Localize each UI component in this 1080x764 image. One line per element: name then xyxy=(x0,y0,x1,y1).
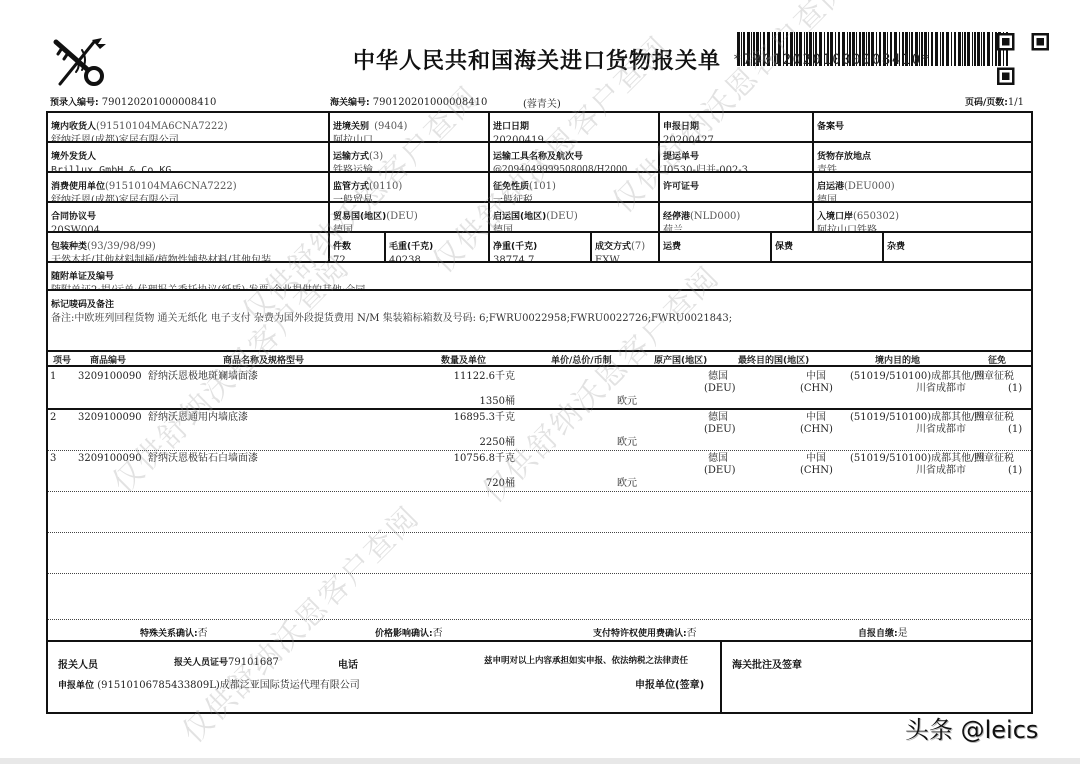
field-declare-date: 申报日期 20200427 xyxy=(660,113,814,141)
brand-watermark: 头条 @leics xyxy=(905,710,1038,745)
blank-goods-row xyxy=(48,492,1031,533)
document-title: 中华人民共和国海关进口货物报关单 xyxy=(353,44,721,75)
field-supervision: 监管方式(0110) 一般贸易 xyxy=(330,173,490,201)
field-departure-port: 启运港(DEU000) 德国 xyxy=(814,173,1031,201)
destination-code: (CHN) xyxy=(800,383,833,395)
field-entry-port: 进境关别 (9404) 阿拉山口 xyxy=(330,113,490,141)
price-influence-confirm: 价格影响确认:否 xyxy=(375,624,443,639)
customs-office: (蓉青关) xyxy=(523,95,561,110)
pre-entry-number: 预录入编号: 790120201000008410 xyxy=(50,95,216,108)
product-name: 舒纳沃恩极钻石白墙面漆 xyxy=(148,453,258,465)
field-transit-port: 经停港(NLD000) 荷兰 xyxy=(660,203,814,231)
royalty-confirm: 支付特许权使用费确认:否 xyxy=(593,624,697,639)
form-row: 随附单证及编号 随附单证2:提/运单;代理报关委托协议(纸质);发票;企业提供的… xyxy=(48,263,1031,291)
field-tax-nature: 征免性质(101) 一般征税 xyxy=(490,173,660,201)
field-storage-place: 货物存放地点 青铁 xyxy=(814,143,1031,171)
origin-country: 德国 xyxy=(708,412,728,424)
hs-code: 3209100090 xyxy=(78,371,142,383)
bottom-strip xyxy=(0,758,1080,764)
special-relation-confirm: 特殊关系确认:否 xyxy=(140,624,208,639)
footer-section: 报关人员 报关人员证号79101687 电话 兹申明对以上内容承担如实申报、依法… xyxy=(48,642,1031,712)
field-package-type: 包装种类(93/39/98/99) 天然木托/其他材料制桶/植物性铺垫材料/其他… xyxy=(48,233,330,261)
field-import-date: 进口日期 20200419 xyxy=(490,113,660,141)
quantity-kg: 11122.6千克 xyxy=(454,371,515,383)
currency: 欧元 xyxy=(617,437,637,449)
field-misc-fee: 杂费 xyxy=(884,233,1031,261)
product-name: 舒纳沃恩通用内墙底漆 xyxy=(148,412,248,424)
legal-statement: 兹申明对以上内容承担如实申报、依法纳税之法律责任 xyxy=(484,654,688,666)
field-consumer: 消费使用单位(91510104MA6CNA7222) 舒纳沃恩(成都)家居有限公… xyxy=(48,173,330,201)
customs-approval-section: 海关批注及签章 xyxy=(722,642,1031,712)
barcode-number: *790120201000008410* xyxy=(733,52,1013,68)
col-item-no: 项号 xyxy=(53,353,71,366)
goods-row: 13209100090舒纳沃恩极地斑斓墙面漆11122.6千克1350桶欧元德国… xyxy=(48,369,1031,410)
item-no: 3 xyxy=(50,453,56,465)
tax-method: 照章征税 xyxy=(974,453,1014,465)
goods-row: 23209100090舒纳沃恩通用内墙底漆16895.3千克2250桶欧元德国(… xyxy=(48,410,1031,451)
domestic-destination-city: 川省成都市 xyxy=(916,383,966,395)
field-net-weight: 净重(千克) 38774.7 xyxy=(490,233,592,261)
product-name: 舒纳沃恩极地斑斓墙面漆 xyxy=(148,371,258,383)
field-deal-mode: 成交方式(7) EXW xyxy=(592,233,660,261)
form-row: 包装种类(93/39/98/99) 天然木托/其他材料制桶/植物性铺垫材料/其他… xyxy=(48,233,1031,263)
form-row: 境外发货人 Brillux GmbH & Co.KG 运输方式(3) 铁路运输 … xyxy=(48,143,1031,173)
origin-code: (DEU) xyxy=(704,465,736,477)
origin-country: 德国 xyxy=(708,453,728,465)
declare-unit: 申报单位 (91510106785433809L)成都泛亚国际货运代理有限公司 xyxy=(58,676,360,691)
qr-code-icon xyxy=(997,33,1049,85)
tax-code: (1) xyxy=(1008,383,1022,395)
col-domestic-dest: 境内目的地 xyxy=(875,353,920,366)
col-tax: 征免 xyxy=(988,353,1006,366)
col-name: 商品名称及规格型号 xyxy=(223,353,304,366)
form-row: 消费使用单位(91510104MA6CNA7222) 舒纳沃恩(成都)家居有限公… xyxy=(48,173,1031,203)
item-no: 1 xyxy=(50,371,56,383)
form-row: 标记唛码及备注 备注:中欧班列回程货物 通关无纸化 电子支付 杂费为国外段提货费… xyxy=(48,291,1031,352)
col-destination: 最终目的国(地区) xyxy=(738,353,809,366)
field-insurance: 保费 xyxy=(772,233,884,261)
field-transport-name: 运输工具名称及航次号 @2094049999508008/H2000 xyxy=(490,143,660,171)
blank-goods-row xyxy=(48,533,1031,574)
customs-approval-label: 海关批注及签章 xyxy=(732,656,802,671)
field-record-no: 备案号 xyxy=(814,113,1031,141)
field-gross-weight: 毛重(千克) 40238 xyxy=(386,233,490,261)
destination-code: (CHN) xyxy=(800,424,833,436)
field-pieces: 件数 72 xyxy=(330,233,386,261)
origin-country: 德国 xyxy=(708,371,728,383)
field-bill-no: 提运单号 J0530-归并-002-3 xyxy=(660,143,814,171)
declarant-section: 报关人员 报关人员证号79101687 电话 兹申明对以上内容承担如实申报、依法… xyxy=(48,642,722,712)
domestic-destination: (51019/510100)成都其他/四 xyxy=(850,371,985,383)
goods-table-header: 项号 商品编号 商品名称及规格型号 数量及单位 单价/总价/币制 原产国(地区)… xyxy=(48,352,1031,367)
col-price: 单价/总价/币制 xyxy=(551,353,612,366)
form-row: 合同协议号 20SW004 贸易国(地区)(DEU) 德国 启运国(地区)(DE… xyxy=(48,203,1031,233)
tax-code: (1) xyxy=(1008,465,1022,477)
hs-code: 3209100090 xyxy=(78,412,142,424)
tax-method: 照章征税 xyxy=(974,412,1014,424)
currency: 欧元 xyxy=(617,478,637,490)
quantity-barrels: 1350桶 xyxy=(480,396,515,408)
domestic-destination-city: 川省成都市 xyxy=(916,424,966,436)
confirmation-row: 特殊关系确认:否 价格影响确认:否 支付特许权使用费确认:否 自报自缴:是 xyxy=(48,620,1031,642)
tax-code: (1) xyxy=(1008,424,1022,436)
currency: 欧元 xyxy=(617,396,637,408)
declarer-label: 报关人员 xyxy=(58,656,98,671)
destination-country: 中国 xyxy=(806,453,826,465)
origin-code: (DEU) xyxy=(704,383,736,395)
domestic-destination: (51019/510100)成都其他/四 xyxy=(850,453,985,465)
domestic-destination-city: 川省成都市 xyxy=(916,465,966,477)
phone-label: 电话 xyxy=(338,656,358,671)
customs-emblem-icon xyxy=(52,36,108,88)
goods-row: 33209100090舒纳沃恩极钻石白墙面漆10756.8千克720桶欧元德国(… xyxy=(48,451,1031,492)
destination-country: 中国 xyxy=(806,412,826,424)
form-row: 境内收货人(91510104MA6CNA7222) 舒纳沃恩(成都)家居有限公司… xyxy=(48,113,1031,143)
declaration-form: 境内收货人(91510104MA6CNA7222) 舒纳沃恩(成都)家居有限公司… xyxy=(46,111,1033,714)
field-shipper: 境外发货人 Brillux GmbH & Co.KG xyxy=(48,143,330,171)
quantity-barrels: 2250桶 xyxy=(480,437,515,449)
tax-method: 照章征税 xyxy=(974,371,1014,383)
field-trade-country: 贸易国(地区)(DEU) 德国 xyxy=(330,203,490,231)
quantity-barrels: 720桶 xyxy=(486,478,515,490)
item-no: 2 xyxy=(50,412,56,424)
page-indicator: 页码/页数:1/1 xyxy=(965,95,1024,108)
customs-number: 海关编号: 790120201000008410 xyxy=(330,95,487,108)
declarer-id: 报关人员证号79101687 xyxy=(174,655,279,668)
quantity-kg: 10756.8千克 xyxy=(454,453,515,465)
hs-code: 3209100090 xyxy=(78,453,142,465)
destination-country: 中国 xyxy=(806,371,826,383)
field-contract-no: 合同协议号 20SW004 xyxy=(48,203,330,231)
field-attached-docs: 随附单证及编号 随附单证2:提/运单;代理报关委托协议(纸质);发票;企业提供的… xyxy=(48,263,1031,289)
field-consignee: 境内收货人(91510104MA6CNA7222) 舒纳沃恩(成都)家居有限公司 xyxy=(48,113,330,141)
field-license-no: 许可证号 xyxy=(660,173,814,201)
col-hs-code: 商品编号 xyxy=(90,353,126,366)
field-freight: 运费 xyxy=(660,233,772,261)
origin-code: (DEU) xyxy=(704,424,736,436)
destination-code: (CHN) xyxy=(800,465,833,477)
blank-goods-row xyxy=(48,574,1031,620)
self-declare-confirm: 自报自缴:是 xyxy=(858,624,908,639)
field-entry-border: 入境口岸(650302) 阿拉山口铁路 xyxy=(814,203,1031,231)
domestic-destination: (51019/510100)成都其他/四 xyxy=(850,412,985,424)
col-origin: 原产国(地区) xyxy=(654,353,707,366)
quantity-kg: 16895.3千克 xyxy=(454,412,515,424)
field-transport-mode: 运输方式(3) 铁路运输 xyxy=(330,143,490,171)
col-quantity: 数量及单位 xyxy=(441,353,486,366)
field-marks-remarks: 标记唛码及备注 备注:中欧班列回程货物 通关无纸化 电子支付 杂费为国外段提货费… xyxy=(48,291,1031,350)
field-origin-country: 启运国(地区)(DEU) 德国 xyxy=(490,203,660,231)
declare-unit-seal: 申报单位(签章) xyxy=(635,676,704,691)
